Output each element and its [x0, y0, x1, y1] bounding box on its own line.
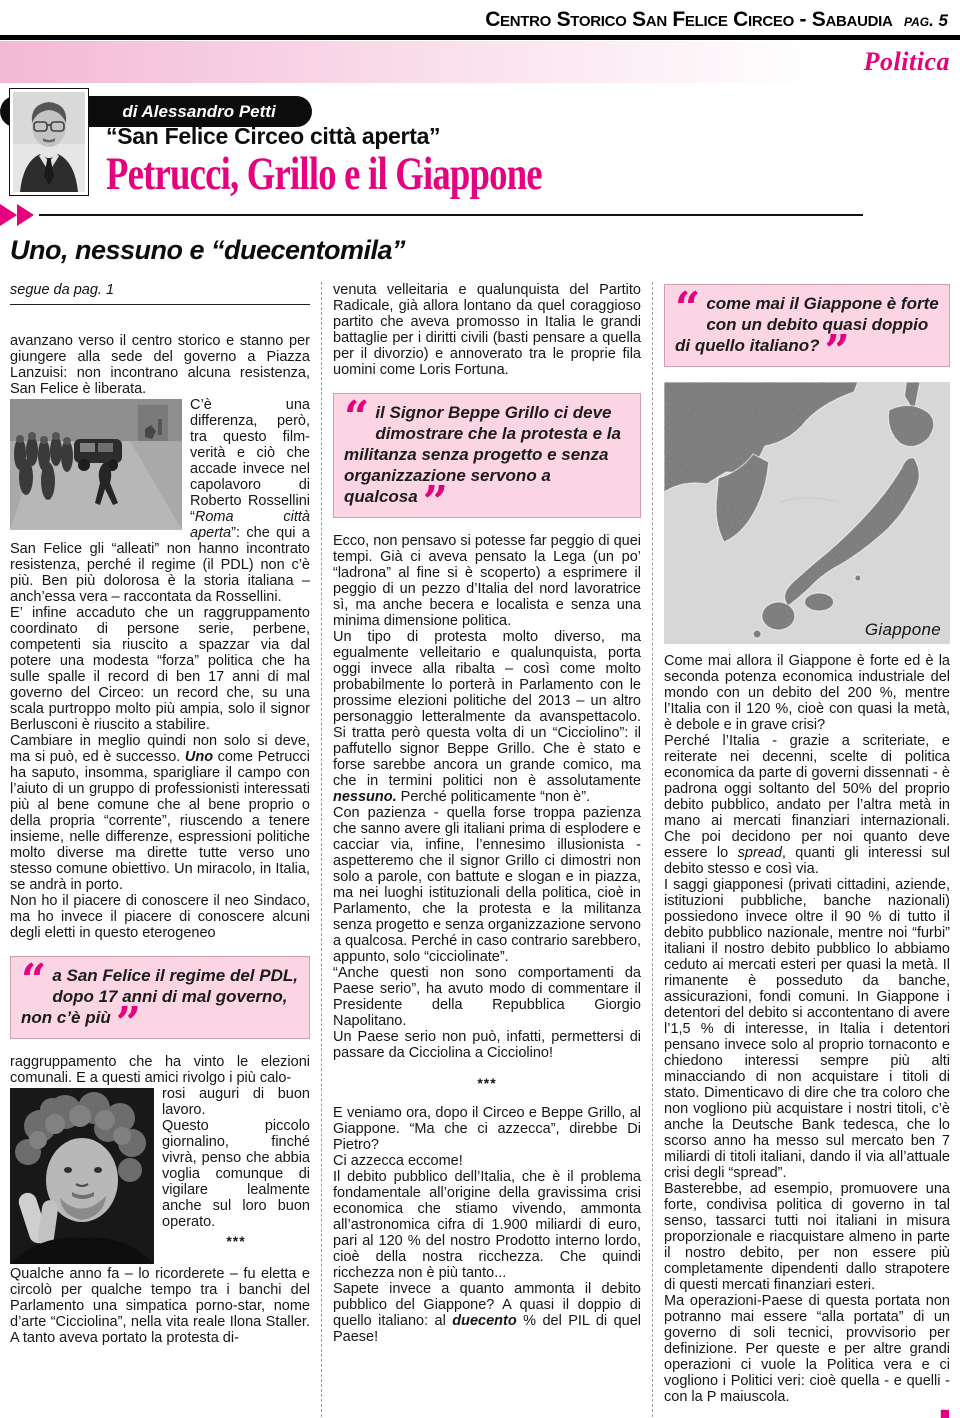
emphasis-duecento: duecento: [452, 1313, 516, 1329]
close-quote-icon: ”: [825, 326, 850, 377]
title-rule: [0, 204, 960, 226]
paragraph-text: Perché l’Italia - grazie a scriteriate, …: [664, 733, 950, 861]
paragraph: Basterebbe, ad esempio, promuovere una f…: [664, 1181, 950, 1293]
end-of-article-marker: ■: [940, 1404, 950, 1418]
paragraph: avanzano verso il centro storico e stann…: [10, 333, 310, 397]
fast-forward-icon: [0, 204, 36, 226]
horizontal-rule: [39, 214, 863, 216]
map-caption: Giappone: [865, 622, 941, 638]
film-still-image: [10, 399, 182, 530]
paragraph: Perché l’Italia - grazie a scriteriate, …: [664, 733, 950, 877]
pull-quote-text: a San Felice il regime del PDL, dopo 17 …: [21, 966, 298, 1027]
page-number: pag. 5: [904, 11, 948, 30]
open-quote-icon: “: [344, 405, 369, 431]
paragraph: Con pazienza - quella forse troppa pazie…: [333, 805, 641, 965]
paragraph: “Anche questi non sono comportamenti da …: [333, 965, 641, 1029]
continuation-note: segue da pag. 1: [10, 282, 310, 305]
author-photo: [10, 89, 88, 195]
pull-quote-text: come mai il Giappone è forte con un debi…: [675, 294, 939, 355]
paragraph: E veniamo ora, dopo il Circeo e Beppe Gr…: [333, 1105, 641, 1153]
japan-map-image: Giappone: [664, 382, 950, 644]
author-portrait-image: [13, 92, 85, 192]
article-subtitle: Uno, nessuno e “duecentomila”: [10, 235, 960, 266]
byline: di Alessandro Petti: [122, 102, 275, 122]
paragraph: raggruppamento che ha vinto le elezioni …: [10, 1054, 310, 1086]
end-of-article-row: ■: [664, 1407, 950, 1418]
pull-quote-giappone: “come mai il Giappone è forte con un deb…: [664, 284, 950, 367]
pull-quote-grillo: “il Signor Beppe Grillo ci deve dimostra…: [333, 393, 641, 518]
header-rule: [0, 35, 960, 40]
article-header: di Alessandro Petti “San Felice Circeo c…: [0, 89, 960, 266]
article-overtitle: “San Felice Circeo città aperta”: [106, 123, 960, 150]
paragraph-with-figure: C’è una differenza, però, tra questo fil…: [10, 397, 310, 605]
emphasis-nessuno: nessuno.: [333, 789, 397, 805]
paragraph-text: come Petrucci ha saputo, insomma, sparig…: [10, 749, 310, 893]
paragraph: Un tipo di protesta molto diverso, ma eg…: [333, 629, 641, 805]
article-title: Petrucci, Grillo e il Giappone: [106, 151, 542, 199]
paragraph-text: C’è una differenza, però, tra questo fil…: [190, 397, 310, 525]
section-band: Politica: [0, 41, 960, 83]
figure-flow: rosi auguri di buon lavoro. Questo picco…: [10, 1086, 310, 1346]
open-quote-icon: “: [21, 968, 46, 994]
column-1: segue da pag. 1 avanzano verso il centro…: [10, 282, 310, 1418]
paragraph: I saggi giapponesi (privati cittadini, a…: [664, 877, 950, 1181]
article-body: segue da pag. 1 avanzano verso il centro…: [10, 282, 950, 1418]
grillo-photo-image: [10, 1088, 154, 1264]
paragraph: Ma operazioni-Paese di questa portata no…: [664, 1293, 950, 1405]
column-divider: [652, 282, 653, 1418]
paragraph-text: ”: che qui a San Felice gli “alleati” no…: [10, 525, 310, 605]
publication-title: Centro Storico San Felice Circeo - Sabau…: [485, 8, 892, 31]
paragraph: Il debito pubblico dell’Italia, che è il…: [333, 1169, 641, 1281]
paragraph: Sapete invece a quanto ammonta il debito…: [333, 1281, 641, 1345]
column-divider: [321, 282, 322, 1418]
close-quote-icon: ”: [423, 477, 448, 528]
paragraph: Un Paese serio non può, infatti, permett…: [333, 1029, 641, 1061]
section-separator: ***: [333, 1075, 641, 1091]
page-header: Centro Storico San Felice Circeo - Sabau…: [0, 0, 960, 32]
close-quote-icon: ”: [116, 998, 141, 1049]
paragraph: E’ infine accaduto che un raggruppamento…: [10, 605, 310, 733]
paragraph: Non ho il piacere di conoscere il neo Si…: [10, 893, 310, 941]
column-2: venuta velleitaria e qualunquista del Pa…: [333, 282, 641, 1418]
paragraph: Qualche anno fa – lo ricorderete – fu el…: [10, 1266, 310, 1346]
column-3: “come mai il Giappone è forte con un deb…: [664, 282, 950, 1418]
paragraph-text: Un tipo di protesta molto diverso, ma eg…: [333, 629, 641, 789]
open-quote-icon: “: [675, 296, 700, 322]
paragraph: venuta velleitaria e qualunquista del Pa…: [333, 282, 641, 378]
emphasis-spread: spread: [738, 845, 782, 861]
paragraph: Ci azzecca eccome!: [333, 1153, 641, 1169]
paragraph-text: Perché politicamente “non è”.: [397, 789, 590, 805]
emphasis-uno: Uno: [185, 749, 213, 765]
section-label: Politica: [864, 47, 950, 77]
pull-quote-pdl: “a San Felice il regime del PDL, dopo 17…: [10, 956, 310, 1039]
pull-quote-text: il Signor Beppe Grillo ci deve dimostrar…: [344, 403, 621, 506]
newspaper-page: Centro Storico San Felice Circeo - Sabau…: [0, 0, 960, 1418]
paragraph: Come mai allora il Giappone è forte ed è…: [664, 653, 950, 733]
paragraph: Ecco, non pensavo si potesse far peggio …: [333, 533, 641, 629]
paragraph: Cambiare in meglio quindi non solo si de…: [10, 733, 310, 893]
